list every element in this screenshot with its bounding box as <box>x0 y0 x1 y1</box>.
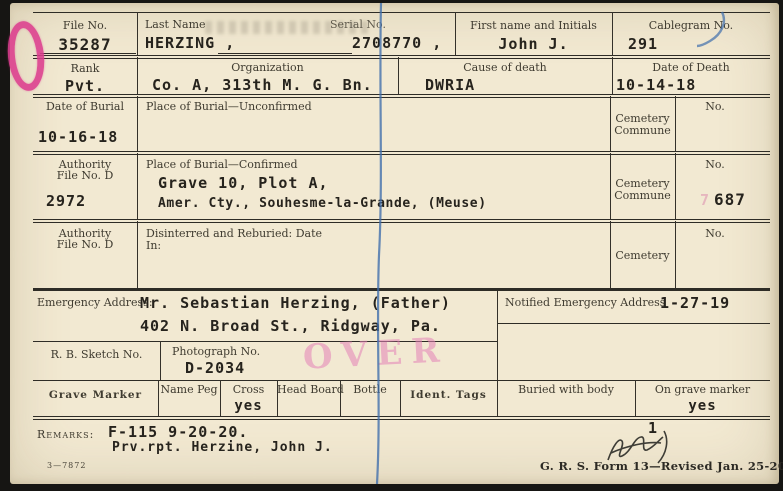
grid-line <box>137 221 138 288</box>
over-stamp: OVER <box>302 330 449 378</box>
cablegram-no-value: 291 <box>628 35 658 53</box>
grid-line <box>137 12 138 55</box>
place-unconfirmed-label: Place of Burial—Unconfirmed <box>146 101 312 113</box>
print-code: 3—7872 <box>47 461 86 470</box>
date-of-death-label: Date of Death <box>612 62 770 74</box>
page-number: 1 <box>648 419 658 437</box>
place-confirmed-line2: Amer. Cty., Souhesme-la-Grande, (Meuse) <box>158 196 487 211</box>
on-grave-marker-value: yes <box>635 398 770 414</box>
cablegram-no-label: Cablegram No. <box>612 20 770 32</box>
ident-tags-label: Ident. Tags <box>400 389 497 401</box>
grave-marker-label: Grave Marker <box>33 389 158 401</box>
remarks-line1: F-115 9-20-20. <box>108 423 248 441</box>
scanned-burial-card-page: File No. 35287 Last Name Serial No. HERZ… <box>0 0 783 491</box>
no-label: No. <box>675 228 755 240</box>
grid-line <box>137 96 138 151</box>
notified-value: 1-27-19 <box>660 294 730 312</box>
rb-sketch-label: R. B. Sketch No. <box>33 349 160 361</box>
grid-line <box>33 288 770 291</box>
notified-label: Notified Emergency Address <box>505 297 665 309</box>
remarks-label: Remarks: <box>37 429 94 441</box>
place-confirmed-label: Place of Burial—Confirmed <box>146 159 298 171</box>
date-of-burial-value: 10-16-18 <box>38 128 118 146</box>
remarks-line2: Prv.rpt. Herzine, John J. <box>112 440 333 455</box>
cemetery-label: Cemetery <box>610 250 675 262</box>
form-id: G. R. S. Form 13—Revised Jan. 25-20 <box>540 459 783 473</box>
grid-line <box>137 153 138 219</box>
grid-line <box>33 12 770 13</box>
first-name-value: John J. <box>455 35 612 53</box>
date-of-burial-label: Date of Burial <box>33 101 137 113</box>
authority-label: File No. D <box>33 170 137 182</box>
grid-line <box>497 323 770 324</box>
name-peg-label: Name Peg <box>158 384 220 396</box>
no-label: No. <box>675 101 755 113</box>
buried-with-body-label: Buried with body <box>497 384 635 396</box>
photograph-value: D-2034 <box>185 359 245 377</box>
no-label: No. <box>675 159 755 171</box>
date-of-death-value: 10-14-18 <box>616 76 696 94</box>
authority-value: 2972 <box>46 192 86 210</box>
rank-value: Pvt. <box>33 77 137 95</box>
bottle-label: Bottle <box>340 384 400 396</box>
cause-of-death-label: Cause of death <box>398 62 612 74</box>
grid-line <box>33 219 770 223</box>
file-no-label: File No. <box>33 20 137 32</box>
photograph-label: Photograph No. <box>172 346 260 358</box>
organization-label: Organization <box>137 62 398 74</box>
serial-no-value: 2708770 , <box>352 34 442 52</box>
cross-label: Cross <box>220 384 277 396</box>
disinterred-label: Disinterred and Reburied: Date <box>146 228 322 240</box>
grid-line <box>612 12 613 55</box>
grid-line <box>33 380 770 381</box>
file-no-value: 35287 <box>33 35 137 54</box>
cause-of-death-value: DWRIA <box>425 76 475 94</box>
rank-label: Rank <box>33 63 137 75</box>
place-confirmed-line1: Grave 10, Plot A, <box>158 174 329 192</box>
emergency-address-line1: Mr. Sebastian Herzing, (Father) <box>140 294 451 312</box>
organization-value: Co. A, 313th M. G. Bn. <box>152 76 373 94</box>
emergency-address-label: Emergency Address: <box>37 297 153 309</box>
last-name-value: HERZING , <box>145 34 235 52</box>
cross-value: yes <box>220 398 277 414</box>
grid-line <box>33 416 770 420</box>
faint-stamp-digit: 7 <box>700 191 709 209</box>
first-name-label: First name and Initials <box>455 20 612 32</box>
on-grave-marker-label: On grave marker <box>635 384 770 396</box>
grid-line <box>497 341 498 380</box>
cemetery-commune-label: Commune <box>610 125 675 137</box>
grid-line <box>160 341 161 380</box>
disinterred-label: In: <box>146 240 161 252</box>
grid-line <box>33 94 770 98</box>
serial-no-label: Serial No. <box>330 19 386 31</box>
grid-line <box>218 53 352 54</box>
grid-line <box>33 55 770 59</box>
grid-line <box>33 151 770 155</box>
commune-no-value: 687 <box>714 190 746 209</box>
cemetery-commune-label: Commune <box>610 190 675 202</box>
grid-line <box>497 291 498 341</box>
head-board-label: Head Board <box>277 384 340 396</box>
authority-label: File No. D <box>33 239 137 251</box>
last-name-label: Last Name <box>145 19 206 31</box>
